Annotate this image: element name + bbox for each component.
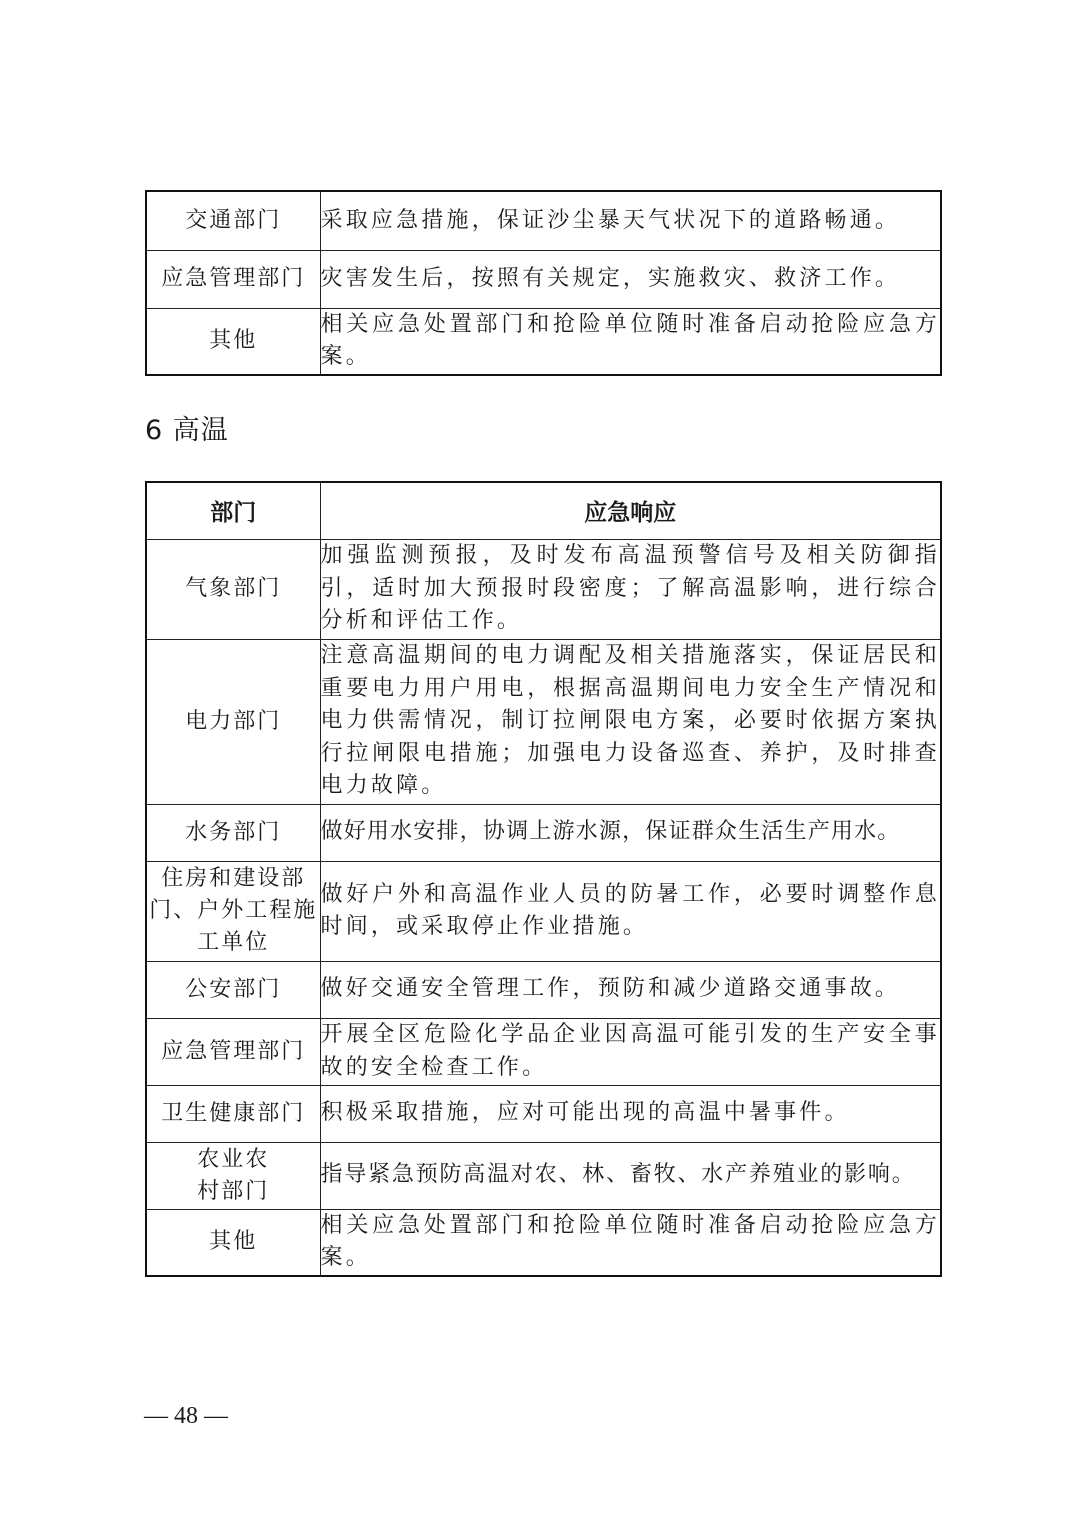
column-header-response: 应急响应 bbox=[320, 482, 941, 539]
column-header-dept: 部门 bbox=[146, 482, 320, 539]
response-cell: 积极采取措施，应对可能出现的高温中暑事件。 bbox=[320, 1085, 941, 1142]
high-temperature-response-table: 部门 应急响应 气象部门 加强监测预报，及时发布高温预警信号及相关防御指引，适时… bbox=[145, 481, 942, 1277]
dept-cell: 卫生健康部门 bbox=[146, 1085, 320, 1142]
table-row: 卫生健康部门 积极采取措施，应对可能出现的高温中暑事件。 bbox=[146, 1085, 941, 1142]
response-cell: 做好交通安全管理工作，预防和减少道路交通事故。 bbox=[320, 961, 941, 1018]
table-row: 公安部门 做好交通安全管理工作，预防和减少道路交通事故。 bbox=[146, 961, 941, 1018]
dept-cell: 交通部门 bbox=[146, 191, 320, 250]
dept-cell: 住房和建设部门、户外工程施工单位 bbox=[146, 861, 320, 961]
response-cell: 开展全区危险化学品企业因高温可能引发的生产安全事故的安全检查工作。 bbox=[320, 1018, 941, 1085]
table-row: 气象部门 加强监测预报，及时发布高温预警信号及相关防御指引，适时加大预报时段密度… bbox=[146, 539, 941, 639]
table-row: 交通部门 采取应急措施，保证沙尘暴天气状况下的道路畅通。 bbox=[146, 191, 941, 250]
dept-cell: 其他 bbox=[146, 1209, 320, 1276]
response-cell: 做好用水安排，协调上游水源，保证群众生活生产用水。 bbox=[320, 804, 941, 861]
table-row: 其他 相关应急处置部门和抢险单位随时准备启动抢险应急方案。 bbox=[146, 1209, 941, 1276]
response-cell: 灾害发生后，按照有关规定，实施救灾、救济工作。 bbox=[320, 250, 941, 308]
dept-cell: 公安部门 bbox=[146, 961, 320, 1018]
page-number: — 48 — bbox=[144, 1403, 228, 1430]
table-row: 住房和建设部门、户外工程施工单位 做好户外和高温作业人员的防暑工作，必要时调整作… bbox=[146, 861, 941, 961]
dept-cell: 水务部门 bbox=[146, 804, 320, 861]
response-cell: 注意高温期间的电力调配及相关措施落实，保证居民和重要电力用户用电，根据高温期间电… bbox=[320, 639, 941, 804]
table-row: 农业农村部门 指导紧急预防高温对农、林、畜牧、水产养殖业的影响。 bbox=[146, 1142, 941, 1209]
table-row: 其他 相关应急处置部门和抢险单位随时准备启动抢险应急方案。 bbox=[146, 308, 941, 375]
table-row: 电力部门 注意高温期间的电力调配及相关措施落实，保证居民和重要电力用户用电，根据… bbox=[146, 639, 941, 804]
dept-cell: 应急管理部门 bbox=[146, 250, 320, 308]
response-cell: 相关应急处置部门和抢险单位随时准备启动抢险应急方案。 bbox=[320, 308, 941, 375]
table-row: 水务部门 做好用水安排，协调上游水源，保证群众生活生产用水。 bbox=[146, 804, 941, 861]
response-cell: 做好户外和高温作业人员的防暑工作，必要时调整作息时间，或采取停止作业措施。 bbox=[320, 861, 941, 961]
dept-cell: 气象部门 bbox=[146, 539, 320, 639]
response-cell: 相关应急处置部门和抢险单位随时准备启动抢险应急方案。 bbox=[320, 1209, 941, 1276]
dept-cell: 电力部门 bbox=[146, 639, 320, 804]
continued-response-table: 交通部门 采取应急措施，保证沙尘暴天气状况下的道路畅通。 应急管理部门 灾害发生… bbox=[145, 190, 942, 376]
section-title: 6 高温 bbox=[145, 408, 229, 447]
table-row: 应急管理部门 灾害发生后，按照有关规定，实施救灾、救济工作。 bbox=[146, 250, 941, 308]
dept-cell: 农业农村部门 bbox=[146, 1142, 320, 1209]
table-row: 应急管理部门 开展全区危险化学品企业因高温可能引发的生产安全事故的安全检查工作。 bbox=[146, 1018, 941, 1085]
dept-cell: 应急管理部门 bbox=[146, 1018, 320, 1085]
response-cell: 采取应急措施，保证沙尘暴天气状况下的道路畅通。 bbox=[320, 191, 941, 250]
dept-cell: 其他 bbox=[146, 308, 320, 375]
response-cell: 加强监测预报，及时发布高温预警信号及相关防御指引，适时加大预报时段密度；了解高温… bbox=[320, 539, 941, 639]
table-header-row: 部门 应急响应 bbox=[146, 482, 941, 539]
response-cell: 指导紧急预防高温对农、林、畜牧、水产养殖业的影响。 bbox=[320, 1142, 941, 1209]
